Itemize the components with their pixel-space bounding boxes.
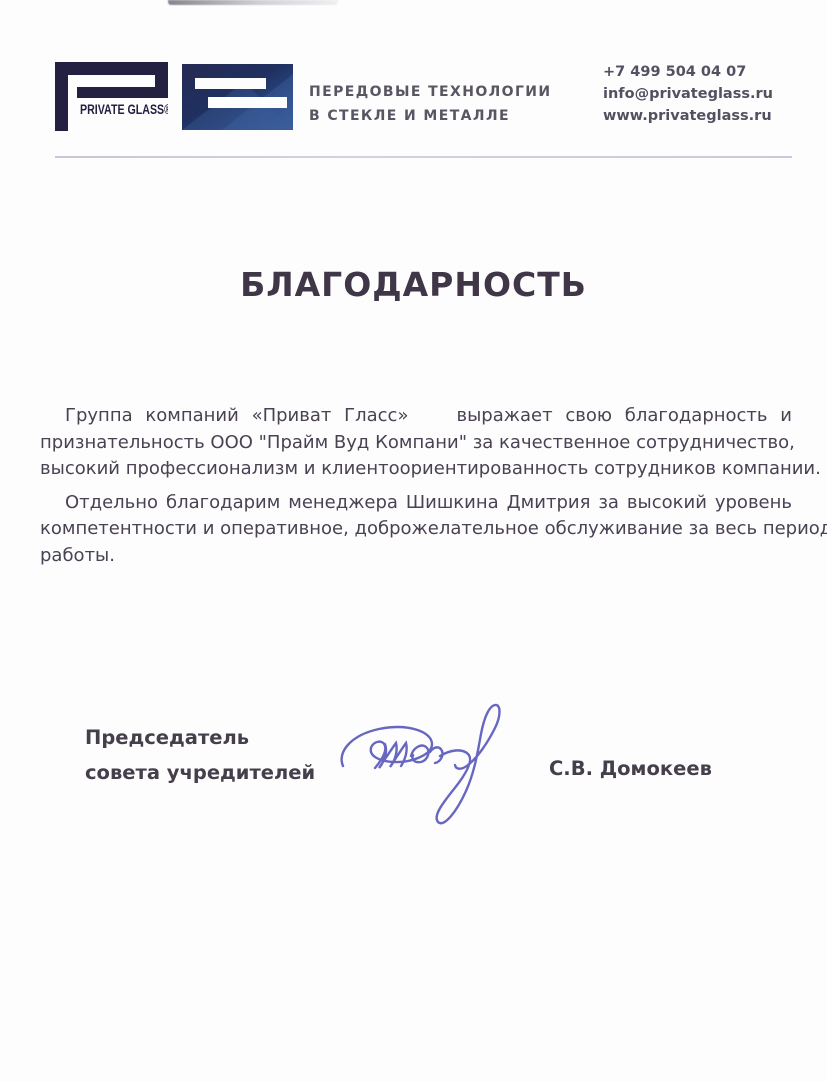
contact-website: www.privateglass.ru (603, 105, 773, 127)
letter-body: Группа компаний «Приват Гласс»выражает с… (40, 403, 792, 569)
paragraph1-line3: высокий профессионализм и клиентоориенти… (40, 456, 792, 483)
scan-smudge-artifact (168, 0, 338, 5)
signer-role-line1: Председатель (85, 726, 249, 749)
paragraph1-line2: признательность ООО "Прайм Вуд Компани" … (40, 430, 792, 457)
contact-phone: +7 499 504 04 07 (603, 61, 773, 83)
contact-block: +7 499 504 04 07 info@privateglass.ru ww… (603, 61, 773, 127)
paragraph2-line1: Отдельно благодарим менеджера Шишкина Дм… (40, 490, 792, 517)
header-divider-line (55, 156, 792, 158)
logo-wordmark: PRIVATE GLASS® (80, 102, 168, 117)
paragraph1-line1: Группа компаний «Приват Гласс»выражает с… (40, 403, 792, 430)
signer-name: С.В. Домокеев (549, 757, 712, 780)
gratitude-letter-scan: { "header": { "logo": { "monogram": "PG"… (0, 0, 827, 1082)
paragraph1-line1-part-b: выражает свою благодарность и (456, 405, 792, 426)
handwritten-signature (333, 692, 511, 830)
tagline-line-2: В СТЕКЛЕ И МЕТАЛЛЕ (309, 104, 552, 128)
tagline-line-1: ПЕРЕДОВЫЕ ТЕХНОЛОГИИ (309, 80, 552, 104)
logo-letter-p: PRIVATE GLASS® (55, 62, 168, 131)
paragraph1-line1-part-a: Группа компаний «Приват Гласс» (65, 405, 408, 426)
logo-letter-g (182, 64, 293, 130)
contact-email: info@privateglass.ru (603, 83, 773, 105)
paragraph2-line2: компетентности и оперативное, доброжелат… (40, 516, 792, 543)
document-title: БЛАГОДАРНОСТЬ (0, 265, 827, 304)
signer-role-line2: совета учредителей (85, 761, 315, 784)
company-tagline: ПЕРЕДОВЫЕ ТЕХНОЛОГИИ В СТЕКЛЕ И МЕТАЛЛЕ (309, 80, 552, 128)
paragraph2-line3: работы. (40, 543, 792, 570)
